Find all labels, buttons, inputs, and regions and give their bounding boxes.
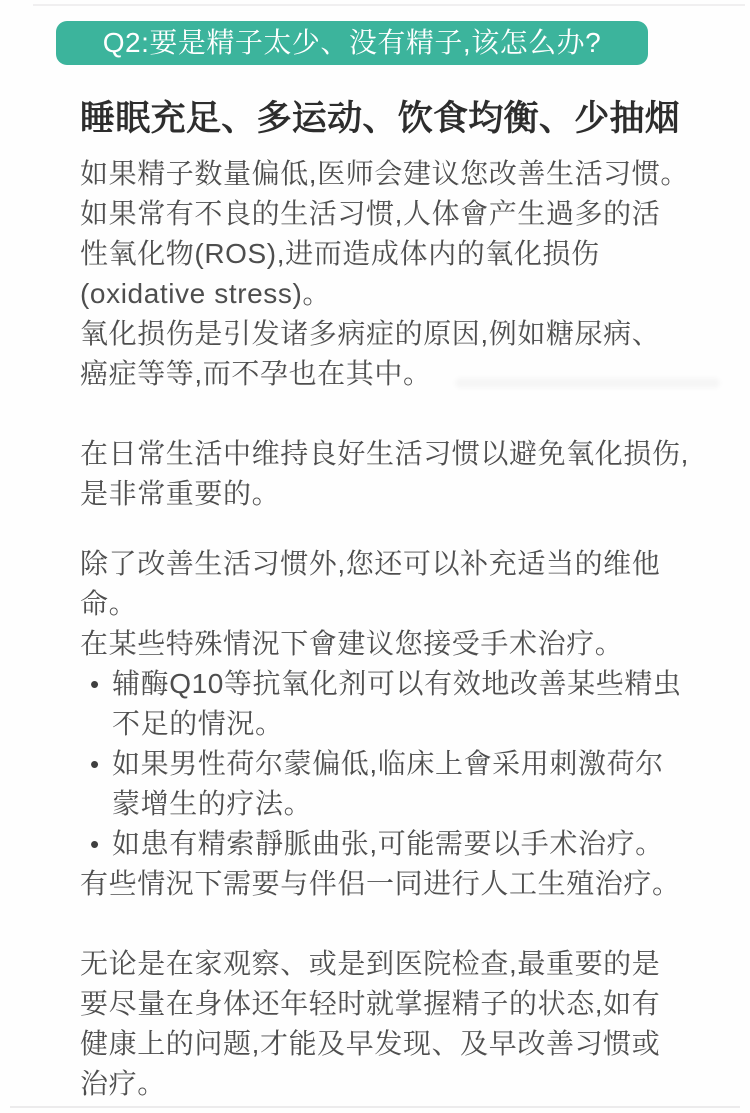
question-badge: Q2:要是精子太少、没有精子,该怎么办? xyxy=(56,21,648,65)
text-line: 有些情況下需要与伴侣一同进行人工生殖治疗。 xyxy=(80,864,730,904)
bullet-icon: • xyxy=(90,744,100,784)
text-line: 无论是在家观察、或是到医院检查,最重要的是 xyxy=(80,944,730,984)
text-line: 在某些特殊情況下會建议您接受手术治疗。 xyxy=(80,624,730,664)
text-line: 氧化损伤是引发诸多病症的原因,例如糖尿病、 xyxy=(80,314,730,354)
answer-title: 睡眠充足、多运动、饮食均衡、少抽烟 xyxy=(80,97,720,141)
text-line: 健康上的问题,才能及早发现、及早改善习惯或 xyxy=(80,1024,730,1064)
text-line: 命。 xyxy=(80,584,730,624)
bullet-line-continuation: 蒙增生的疗法。 xyxy=(80,784,730,824)
bullet-line: •如果男性荷尔蒙偏低,临床上會采用刺激荷尔 xyxy=(80,744,730,784)
bottom-divider xyxy=(10,1106,740,1108)
top-divider xyxy=(33,4,745,6)
text-line: 要尽量在身体还年轻时就掌握精子的状态,如有 xyxy=(80,984,730,1024)
paragraph-gap xyxy=(80,394,730,434)
text-line: 治疗。 xyxy=(80,1064,730,1104)
paragraph-gap xyxy=(80,514,730,544)
text-line: 癌症等等,而不孕也在其中。 xyxy=(80,354,730,394)
bullet-icon: • xyxy=(90,664,100,704)
bullet-line: •辅酶Q10等抗氧化剂可以有效地改善某些精虫 xyxy=(80,664,730,704)
text-line: 如果常有不良的生活习惯,人体會产生過多的活 xyxy=(80,194,730,234)
bullet-line-continuation: 不足的情況。 xyxy=(80,704,730,744)
paragraph-gap xyxy=(80,904,730,944)
text-line: 如果精子数量偏低,医师会建议您改善生活习惯。 xyxy=(80,154,730,194)
bullet-text: 如果男性荷尔蒙偏低,临床上會采用刺激荷尔 xyxy=(112,748,664,779)
bullet-text: 如患有精索靜脈曲张,可能需要以手术治疗。 xyxy=(112,828,664,859)
health-qa-card: Q2:要是精子太少、没有精子,该怎么办? 睡眠充足、多运动、饮食均衡、少抽烟 如… xyxy=(0,0,750,1113)
bullet-text: 辅酶Q10等抗氧化剂可以有效地改善某些精虫 xyxy=(112,668,682,699)
text-line: 在日常生活中维持良好生活习惯以避免氧化损伤, xyxy=(80,434,730,474)
text-line: 除了改善生活习惯外,您还可以补充适当的维他 xyxy=(80,544,730,584)
bullet-icon: • xyxy=(90,824,100,864)
text-line: 是非常重要的。 xyxy=(80,474,730,514)
text-line: 性氧化物(ROS),进而造成体内的氧化损伤 xyxy=(80,234,730,274)
text-line: (oxidative stress)。 xyxy=(80,274,730,314)
content: 如果精子数量偏低,医师会建议您改善生活习惯。如果常有不良的生活习惯,人体會产生過… xyxy=(80,154,730,1104)
bullet-line: •如患有精索靜脈曲张,可能需要以手术治疗。 xyxy=(80,824,730,864)
